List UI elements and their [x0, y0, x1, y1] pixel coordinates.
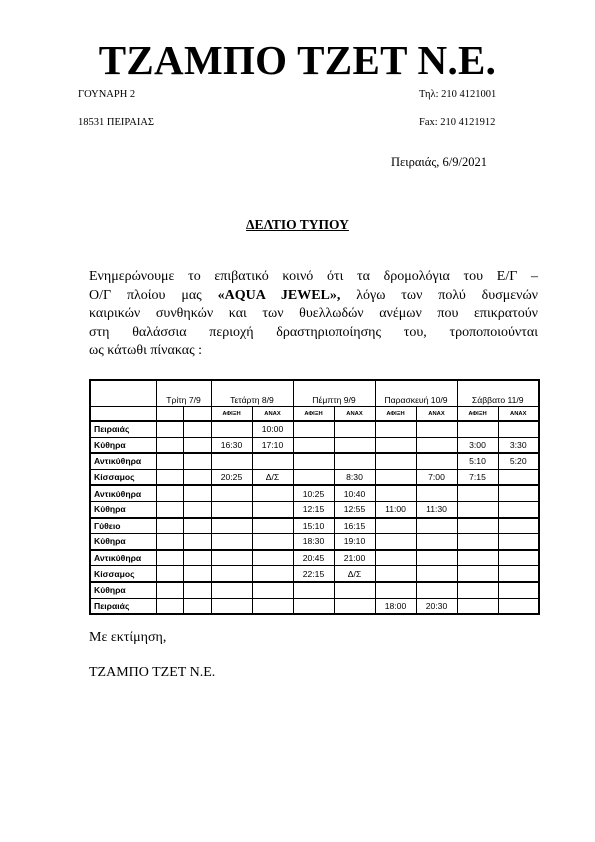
- time-cell: [416, 566, 457, 582]
- table-row: Γύθειο15:1016:15: [90, 518, 539, 534]
- time-cell: [156, 582, 183, 598]
- time-cell: [211, 550, 252, 566]
- port-name: Κύθηρα: [90, 582, 156, 598]
- time-cell: [156, 598, 183, 614]
- time-cell: [293, 598, 334, 614]
- time-cell: 12:15: [293, 501, 334, 517]
- time-cell: 19:10: [334, 534, 375, 550]
- port-name: Κύθηρα: [90, 501, 156, 517]
- time-cell: [375, 485, 416, 501]
- time-cell: [156, 485, 183, 501]
- intro-line: στη θαλάσσια περιοχή δραστηριοποίησης το…: [89, 324, 538, 343]
- time-cell: [334, 421, 375, 437]
- time-cell: [252, 518, 293, 534]
- time-cell: 17:10: [252, 437, 293, 453]
- time-cell: [183, 485, 211, 501]
- time-cell: [334, 453, 375, 469]
- time-cell: [375, 518, 416, 534]
- time-cell: [498, 421, 539, 437]
- time-cell: [183, 534, 211, 550]
- time-cell: [156, 534, 183, 550]
- time-cell: 15:10: [293, 518, 334, 534]
- time-cell: [156, 469, 183, 485]
- time-cell: 10:00: [252, 421, 293, 437]
- table-row: Πειραιάς10:00: [90, 421, 539, 437]
- time-cell: [375, 550, 416, 566]
- time-cell: [156, 566, 183, 582]
- time-cell: [293, 582, 334, 598]
- signature: ΤΖΑΜΠΟ ΤΖΕΤ Ν.Ε.: [89, 665, 215, 681]
- intro-text: Ο/Γ πλοίου μας: [89, 288, 218, 303]
- time-cell: [457, 550, 498, 566]
- day-header: Τρίτη 7/9: [156, 380, 211, 407]
- port-name: Κίσσαμος: [90, 566, 156, 582]
- intro-text: λόγω των πολύ δυσμενών: [340, 288, 538, 303]
- time-cell: [457, 582, 498, 598]
- time-cell: [183, 550, 211, 566]
- table-row: Κίσσαμος22:15Δ/Σ: [90, 566, 539, 582]
- time-cell: [183, 437, 211, 453]
- time-cell: [183, 566, 211, 582]
- time-cell: [156, 421, 183, 437]
- time-cell: 20:25: [211, 469, 252, 485]
- intro-paragraph: Ενημερώνουμε το επιβατικό κοινό ότι τα δ…: [89, 268, 538, 361]
- time-cell: [457, 566, 498, 582]
- time-cell: [252, 582, 293, 598]
- time-cell: [457, 534, 498, 550]
- time-cell: 11:00: [375, 501, 416, 517]
- time-cell: [156, 550, 183, 566]
- port-name: Πειραιάς: [90, 598, 156, 614]
- time-cell: [416, 550, 457, 566]
- time-cell: [156, 437, 183, 453]
- time-cell: [416, 437, 457, 453]
- time-cell: [375, 566, 416, 582]
- time-cell: 3:00: [457, 437, 498, 453]
- date-line: Πειραιάς, 6/9/2021: [391, 155, 487, 170]
- time-cell: [457, 518, 498, 534]
- time-cell: [375, 534, 416, 550]
- subheader-cell: ΑΝΑΧ: [498, 407, 539, 422]
- time-cell: [457, 598, 498, 614]
- time-cell: [416, 453, 457, 469]
- time-cell: 7:15: [457, 469, 498, 485]
- table-row: Αντικύθηρα5:105:20: [90, 453, 539, 469]
- time-cell: [498, 566, 539, 582]
- time-cell: [156, 501, 183, 517]
- time-cell: [334, 582, 375, 598]
- time-cell: Δ/Σ: [252, 469, 293, 485]
- time-cell: [211, 534, 252, 550]
- subheader-cell: ΑΝΑΧ: [334, 407, 375, 422]
- time-cell: [498, 518, 539, 534]
- time-cell: [498, 534, 539, 550]
- time-cell: 22:15: [293, 566, 334, 582]
- time-cell: [252, 534, 293, 550]
- subheader-cell: ΑΝΑΧ: [252, 407, 293, 422]
- time-cell: [183, 469, 211, 485]
- time-cell: [498, 501, 539, 517]
- time-cell: [252, 453, 293, 469]
- subheader-port-cell: [90, 407, 156, 422]
- time-cell: 18:00: [375, 598, 416, 614]
- time-cell: [183, 518, 211, 534]
- subheader-cell: ΑΦΙΞΗ: [211, 407, 252, 422]
- time-cell: [416, 582, 457, 598]
- time-cell: 12:55: [334, 501, 375, 517]
- time-cell: [457, 421, 498, 437]
- time-cell: 16:15: [334, 518, 375, 534]
- time-cell: [156, 453, 183, 469]
- time-cell: [156, 518, 183, 534]
- intro-line: ως κάτωθι πίνακας :: [89, 342, 538, 361]
- port-name: Κύθηρα: [90, 437, 156, 453]
- ship-name: «AQUA JEWEL»,: [218, 288, 341, 303]
- time-cell: [416, 518, 457, 534]
- time-cell: [211, 453, 252, 469]
- time-cell: 18:30: [293, 534, 334, 550]
- day-header: Πέμπτη 9/9: [293, 380, 375, 407]
- time-cell: [457, 501, 498, 517]
- time-cell: [183, 421, 211, 437]
- day-header: Σάββατο 11/9: [457, 380, 539, 407]
- company-title: ΤΖΑΜΠΟ ΤΖΕΤ Ν.Ε.: [0, 36, 595, 84]
- time-cell: [252, 550, 293, 566]
- time-cell: [498, 485, 539, 501]
- schedule-body: Πειραιάς10:00Κύθηρα16:3017:103:003:30Αντ…: [90, 421, 539, 614]
- time-cell: [457, 485, 498, 501]
- port-name: Γύθειο: [90, 518, 156, 534]
- address-street: ΓΟΥΝΑΡΗ 2: [78, 89, 135, 100]
- time-cell: [375, 469, 416, 485]
- time-cell: [211, 566, 252, 582]
- time-cell: 3:30: [498, 437, 539, 453]
- time-cell: 20:45: [293, 550, 334, 566]
- time-cell: [293, 437, 334, 453]
- time-cell: [416, 485, 457, 501]
- table-row: Κύθηρα16:3017:103:003:30: [90, 437, 539, 453]
- phone-number: Τηλ: 210 4121001: [419, 89, 496, 100]
- time-cell: [375, 582, 416, 598]
- time-cell: [183, 582, 211, 598]
- time-cell: 5:10: [457, 453, 498, 469]
- time-cell: 20:30: [416, 598, 457, 614]
- table-row: Πειραιάς18:0020:30: [90, 598, 539, 614]
- subheader-cell: [156, 407, 183, 422]
- time-cell: [252, 566, 293, 582]
- time-cell: [211, 598, 252, 614]
- table-row: Κύθηρα: [90, 582, 539, 598]
- schedule-table: Τρίτη 7/9 Τετάρτη 8/9 Πέμπτη 9/9 Παρασκε…: [89, 379, 540, 615]
- time-cell: [252, 598, 293, 614]
- time-cell: [375, 453, 416, 469]
- time-cell: [211, 518, 252, 534]
- press-release-title: ΔΕΛΤΙΟ ΤΥΠΟΥ: [0, 217, 595, 233]
- subheader-cell: ΑΝΑΧ: [416, 407, 457, 422]
- intro-line: Ο/Γ πλοίου μας «AQUA JEWEL», λόγω των πο…: [89, 287, 538, 306]
- time-cell: 10:40: [334, 485, 375, 501]
- port-name: Κύθηρα: [90, 534, 156, 550]
- day-header: Τετάρτη 8/9: [211, 380, 293, 407]
- table-row: Κύθηρα12:1512:5511:0011:30: [90, 501, 539, 517]
- time-cell: [375, 421, 416, 437]
- time-cell: 5:20: [498, 453, 539, 469]
- time-cell: [183, 501, 211, 517]
- port-name: Πειραιάς: [90, 421, 156, 437]
- time-cell: Δ/Σ: [334, 566, 375, 582]
- time-cell: [252, 485, 293, 501]
- subheader-cell: [183, 407, 211, 422]
- time-cell: [498, 550, 539, 566]
- time-cell: [334, 598, 375, 614]
- table-row: Αντικύθηρα10:2510:40: [90, 485, 539, 501]
- time-cell: [211, 501, 252, 517]
- time-cell: [498, 582, 539, 598]
- address-city: 18531 ΠΕΙΡΑΙΑΣ: [78, 117, 154, 128]
- time-cell: [293, 469, 334, 485]
- time-cell: [211, 582, 252, 598]
- time-cell: [498, 469, 539, 485]
- closing-text: Με εκτίμηση,: [89, 630, 166, 646]
- port-name: Αντικύθηρα: [90, 485, 156, 501]
- time-cell: [334, 437, 375, 453]
- time-cell: 8:30: [334, 469, 375, 485]
- time-cell: [416, 534, 457, 550]
- intro-text: στη θαλάσσια περιοχή δραστηριοποίησης το…: [89, 325, 538, 340]
- table-row: Κίσσαμος20:25Δ/Σ8:307:007:15: [90, 469, 539, 485]
- time-cell: [293, 421, 334, 437]
- time-cell: [293, 453, 334, 469]
- port-header-cell: [90, 380, 156, 407]
- time-cell: 10:25: [293, 485, 334, 501]
- intro-line: καιρικών συνθηκών και των θυελλωδών ανέμ…: [89, 305, 538, 324]
- table-row: Αντικύθηρα20:4521:00: [90, 550, 539, 566]
- intro-text: καιρικών συνθηκών και των θυελλωδών ανέμ…: [89, 306, 538, 321]
- time-cell: 7:00: [416, 469, 457, 485]
- time-cell: [183, 598, 211, 614]
- time-cell: 21:00: [334, 550, 375, 566]
- intro-text: Ενημερώνουμε το επιβατικό κοινό ότι τα δ…: [89, 269, 538, 284]
- time-cell: [252, 501, 293, 517]
- subheader-cell: ΑΦΙΞΗ: [375, 407, 416, 422]
- time-cell: 16:30: [211, 437, 252, 453]
- time-cell: [183, 453, 211, 469]
- day-header: Παρασκευή 10/9: [375, 380, 457, 407]
- intro-line: Ενημερώνουμε το επιβατικό κοινό ότι τα δ…: [89, 268, 538, 287]
- time-cell: [416, 421, 457, 437]
- subheader-row: ΑΦΙΞΗ ΑΝΑΧ ΑΦΙΞΗ ΑΝΑΧ ΑΦΙΞΗ ΑΝΑΧ ΑΦΙΞΗ Α…: [90, 407, 539, 422]
- day-header-row: Τρίτη 7/9 Τετάρτη 8/9 Πέμπτη 9/9 Παρασκε…: [90, 380, 539, 407]
- port-name: Αντικύθηρα: [90, 550, 156, 566]
- table-row: Κύθηρα18:3019:10: [90, 534, 539, 550]
- fax-number: Fax: 210 4121912: [419, 117, 495, 128]
- port-name: Κίσσαμος: [90, 469, 156, 485]
- time-cell: [375, 437, 416, 453]
- time-cell: [211, 485, 252, 501]
- subheader-cell: ΑΦΙΞΗ: [293, 407, 334, 422]
- time-cell: [498, 598, 539, 614]
- subheader-cell: ΑΦΙΞΗ: [457, 407, 498, 422]
- intro-text: ως κάτωθι πίνακας :: [89, 343, 202, 358]
- time-cell: 11:30: [416, 501, 457, 517]
- time-cell: [211, 421, 252, 437]
- port-name: Αντικύθηρα: [90, 453, 156, 469]
